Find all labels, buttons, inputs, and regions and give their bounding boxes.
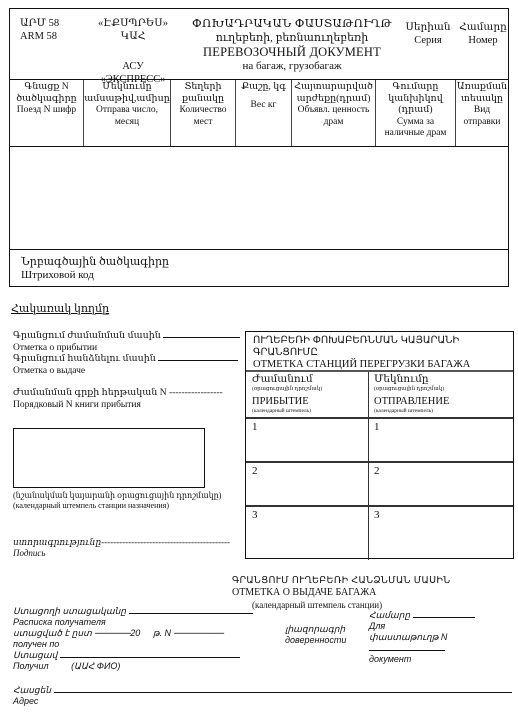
barcode-label-am: Նրբագծային ծածկագիրը xyxy=(21,256,508,269)
column-shipment-type: Առաքման տեսակըВид отправки xyxy=(456,80,508,146)
form-code-ru: ARM 58 xyxy=(20,30,59,43)
document-title: ՓՈԽԱԴՐԱԿԱՆ ՓԱՍՏԱԹՈՒՂԹ ուղեբեռի, բեռնաուղ… xyxy=(178,17,406,73)
receipt-field[interactable] xyxy=(129,613,253,614)
departure-stamp-3[interactable]: 3 xyxy=(374,509,380,521)
subtitle-am: ուղեբեռի, բեռնաուղեբեռի xyxy=(178,31,406,45)
arrival-stamp-3[interactable]: 3 xyxy=(252,509,258,521)
column-places: Տեղերի քանակըКоличество мест xyxy=(171,80,236,146)
destination-stamp-box[interactable] xyxy=(13,428,205,488)
document-label-ru: документ xyxy=(369,654,518,665)
reverse-side-title: Հակառակ կողմը xyxy=(11,302,109,315)
arrival-stamp-2[interactable]: 2 xyxy=(252,465,258,477)
arrival-mark-ru: Отметка о прибытии xyxy=(13,343,240,355)
data-entry-area[interactable] xyxy=(10,147,508,249)
transshipment-title: ՈՒՂԵԲԵՌԻ ՓՈԽԱԲԵՌՆՄԱՆ ԿԱՅԱՐԱՆԻ ԳՐԱՆՑՈՒՄԸ … xyxy=(246,332,513,371)
delivery-title-am: ԳՐԱՆՑՈՒՄ ՈՒՂԵԲԵՌԻ ՀԱՆՁՆՄԱՆ ՄԱՍԻՆ xyxy=(232,575,450,587)
book-number-field[interactable]: ----------------- xyxy=(169,388,223,398)
recipient-receipt: Ստացողի ստացականը Расписка получателя ստ… xyxy=(13,606,253,672)
column-header-row: Գնացք N ծածկագիրըПоезд N шифр Մեկնումը ա… xyxy=(10,79,508,147)
barcode-label-ru: Штриховой код xyxy=(21,269,508,282)
number-label-ru: Номер xyxy=(456,34,510,47)
departure-stamp-2[interactable]: 2 xyxy=(374,465,380,477)
signature-label-am: ստորագրությունը xyxy=(13,537,101,547)
document-field[interactable] xyxy=(369,650,445,651)
delivery-title-ru: ОТМЕТКА О ВЫДАЧЕ БАГАЖА xyxy=(232,587,450,599)
arrival-issue-marks: Գրանցում ժամանման մասին Отметка о прибыт… xyxy=(13,331,240,411)
signature-block: ստորագրությունը-------------------------… xyxy=(13,537,230,559)
receipt-label-am: Ստացողի ստացականը xyxy=(13,606,126,616)
issue-mark-ru: Отметка о выдаче xyxy=(13,366,240,378)
recipient-label-ru: Получил xyxy=(13,661,49,671)
arrival-stamp-1[interactable]: 1 xyxy=(252,421,258,433)
book-number-ru: Порядковый N книги прибытия xyxy=(13,400,240,412)
received-by-am: ստացված է ըստ xyxy=(13,628,92,638)
series-label-am: Սերիան xyxy=(398,21,458,34)
departure-stamp-1[interactable]: 1 xyxy=(374,421,380,433)
transshipment-grid: Ժամանում (օրացուցային դրոշմակ) ПРИБЫТИЕ … xyxy=(246,370,513,558)
signature-label-ru: Подпись xyxy=(13,548,230,559)
year-prefix: 20 xyxy=(130,628,140,638)
column-cash-amount: Գումարը կանխիկով (դրամ)Сумма за наличные… xyxy=(376,80,456,146)
column-departure-date: Մեկնումը ամսաթիվ,ամիսըОтправа число, мес… xyxy=(84,80,171,146)
address-label-am: Հասցեն xyxy=(13,685,51,695)
series-label-ru: Серия xyxy=(398,34,458,47)
transport-document-form: ԱՐՄ 58 ARM 58 «ԷՔՍՊՐԵՍ» ԿԱՀ АСУ «ЭКСПРЕС… xyxy=(9,8,509,287)
issue-mark-field[interactable] xyxy=(158,360,238,361)
number-label-am: Համարը xyxy=(456,21,510,34)
date-field[interactable]: ------------------ xyxy=(94,628,130,638)
column-declared-value: Հայտարարված արժեքը(դրամ)Объявл. ценность… xyxy=(292,80,376,146)
form-code-am: ԱՐՄ 58 xyxy=(20,17,59,30)
address-block: Հասցեն Адрес xyxy=(13,685,512,707)
subtitle-ru: на багаж, грузобагаж xyxy=(178,59,406,73)
stamp-caption-am: (նշանակման կայարանի օրացուցային դրոշմակը… xyxy=(13,491,221,501)
system-name: «ԷՔՍՊՐԵՍ» ԿԱՀ АСУ «ЭКСПРЕСС» xyxy=(88,17,178,86)
full-name-label: (ԱԱՀ ФИО) xyxy=(71,661,120,671)
address-label-ru: Адрес xyxy=(13,696,512,707)
destination-stamp-caption: (նշանակման կայարանի օրացուցային դրոշմակը… xyxy=(13,491,221,511)
departure-header: Մեկնումը (օրացուցային դրոշմակ) ОТПРАВЛЕН… xyxy=(374,374,449,415)
number-field-delivery[interactable] xyxy=(413,617,475,618)
number-field[interactable]: Համարը Номер xyxy=(456,21,510,47)
signature-field[interactable]: ----------------------------------------… xyxy=(101,537,230,547)
series-field[interactable]: Սերիան Серия xyxy=(398,21,458,47)
title-am: ՓՈԽԱԴՐԱԿԱՆ ՓԱՍՏԱԹՈՒՂԹ xyxy=(178,17,406,31)
delivery-mark-heading: ԳՐԱՆՑՈՒՄ ՈՒՂԵԲԵՌԻ ՀԱՆՁՆՄԱՆ ՄԱՍԻՆ ОТМЕТКА… xyxy=(232,575,450,611)
proxy-number-field[interactable]: ------------------------- xyxy=(173,628,223,638)
address-field[interactable] xyxy=(54,692,512,693)
arrival-mark-am: Գրանցում ժամանման մասին xyxy=(13,331,161,341)
trans-title-am-1: ՈՒՂԵԲԵՌԻ ՓՈԽԱԲԵՌՆՄԱՆ ԿԱՅԱՐԱՆԻ xyxy=(253,335,513,347)
stamp-caption-ru: (календарный штемпель станции назначения… xyxy=(13,501,221,511)
recipient-field[interactable] xyxy=(60,657,240,658)
number-label: Համարը xyxy=(369,610,410,620)
system-am-line1: «ԷՔՍՊՐԵՍ» xyxy=(88,17,178,30)
book-number-am: Ժամանման գրքի հերթական N xyxy=(13,388,167,398)
recipient-label-am: Ստացավ xyxy=(13,650,57,660)
column-weight: Քաշը, կգВес кг xyxy=(236,80,292,146)
document-label-am: փաստաթուղթ N xyxy=(369,632,447,642)
received-by-ru: получен по xyxy=(13,639,253,650)
arrival-header: Ժամանում (օրացուցային դրոշմակ) ПРИБЫТИЕ … xyxy=(252,374,322,415)
year-suffix: թ. N xyxy=(153,628,171,638)
system-am-line2: ԿԱՀ xyxy=(88,30,178,43)
trans-title-am-2: ԳՐԱՆՑՈՒՄԸ xyxy=(253,347,513,359)
proxy-label-am: լիազորագրի xyxy=(285,624,355,635)
proxy-label-ru: доверенности xyxy=(285,635,355,646)
barcode-area: Նրբագծային ծածկագիրը Штриховой код xyxy=(10,249,508,286)
for-label: Для xyxy=(369,621,518,632)
form-code: ԱՐՄ 58 ARM 58 xyxy=(20,17,59,43)
title-ru: ПЕРЕВОЗОЧНЫЙ ДОКУМЕНТ xyxy=(178,45,406,59)
transshipment-stations-table: ՈՒՂԵԲԵՌԻ ՓՈԽԱԲԵՌՆՄԱՆ ԿԱՅԱՐԱՆԻ ԳՐԱՆՑՈՒՄԸ … xyxy=(245,331,514,559)
column-train: Գնացք N ծածկագիրըПоезд N шифр xyxy=(10,80,84,146)
system-ru-line1: АСУ xyxy=(88,60,178,73)
issue-mark-am: Գրանցում հանձնելու մասին xyxy=(13,354,156,364)
arrival-mark-field[interactable] xyxy=(163,337,240,338)
receipt-label-ru: Расписка получателя xyxy=(13,617,253,628)
